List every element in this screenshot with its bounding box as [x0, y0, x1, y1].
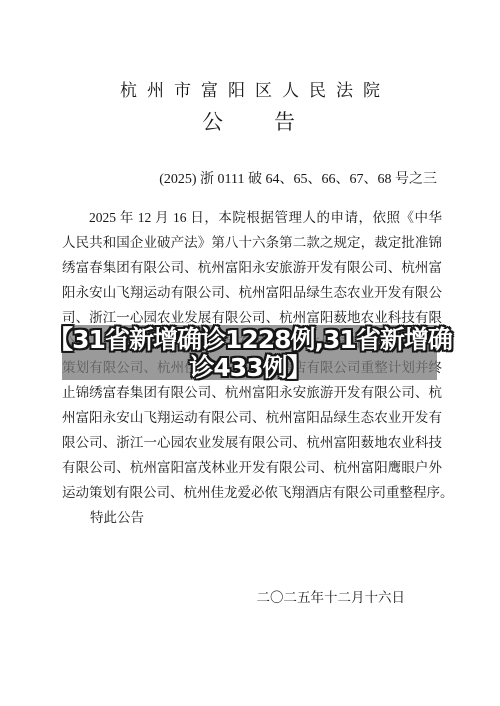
notice-title: 公 告	[0, 109, 500, 135]
body-line: 有限公司、杭州富阳富茂林业开发有限公司、杭州富阳鹰眼户外	[62, 455, 442, 480]
body-line: 人民共和国企业破产法》第八十六条第二款之规定，裁定批准锦	[62, 230, 442, 255]
notice-date: 二〇二五年十二月十六日	[62, 585, 442, 610]
court-notice-page: 杭州市富阳区人民法院 公 告 (2025) 浙 0111 破 64、65、66、…	[0, 0, 500, 706]
court-name: 杭州市富阳区人民法院	[0, 80, 500, 102]
body-line: 运动策划有限公司、杭州佳龙爱必侬飞翔酒店有限公司重整程序。	[62, 480, 442, 505]
body-line: 绣富春集团有限公司、杭州富阳永安旅游开发有限公司、杭州富	[62, 255, 442, 280]
body-line: 限公司、浙江一心园农业发展有限公司、杭州富阳薮地农业科技	[62, 430, 442, 455]
body-line: 止锦绣富春集团有限公司、杭州富阳永安旅游开发有限公司、杭	[62, 380, 442, 405]
body-line: 州富阳永安山飞翔运动有限公司、杭州富阳品绿生态农业开发有	[62, 405, 442, 430]
case-number: (2025) 浙 0111 破 64、65、66、67、68 号之三	[159, 169, 437, 191]
closing-statement: 特此公告	[62, 505, 442, 530]
headline-line-2: 诊433例】	[0, 354, 500, 382]
headline-line-1: 【31省新增确诊1228例,31省新增确	[0, 326, 500, 354]
headline-overlay: 【31省新增确诊1228例,31省新增确 诊433例】	[0, 326, 500, 382]
body-line: 阳永安山飞翔运动有限公司、杭州富阳品绿生态农业开发有限公	[62, 280, 442, 305]
body-line: 2025 年 12 月 16 日，本院根据管理人的申请，依照《中华	[62, 205, 442, 230]
